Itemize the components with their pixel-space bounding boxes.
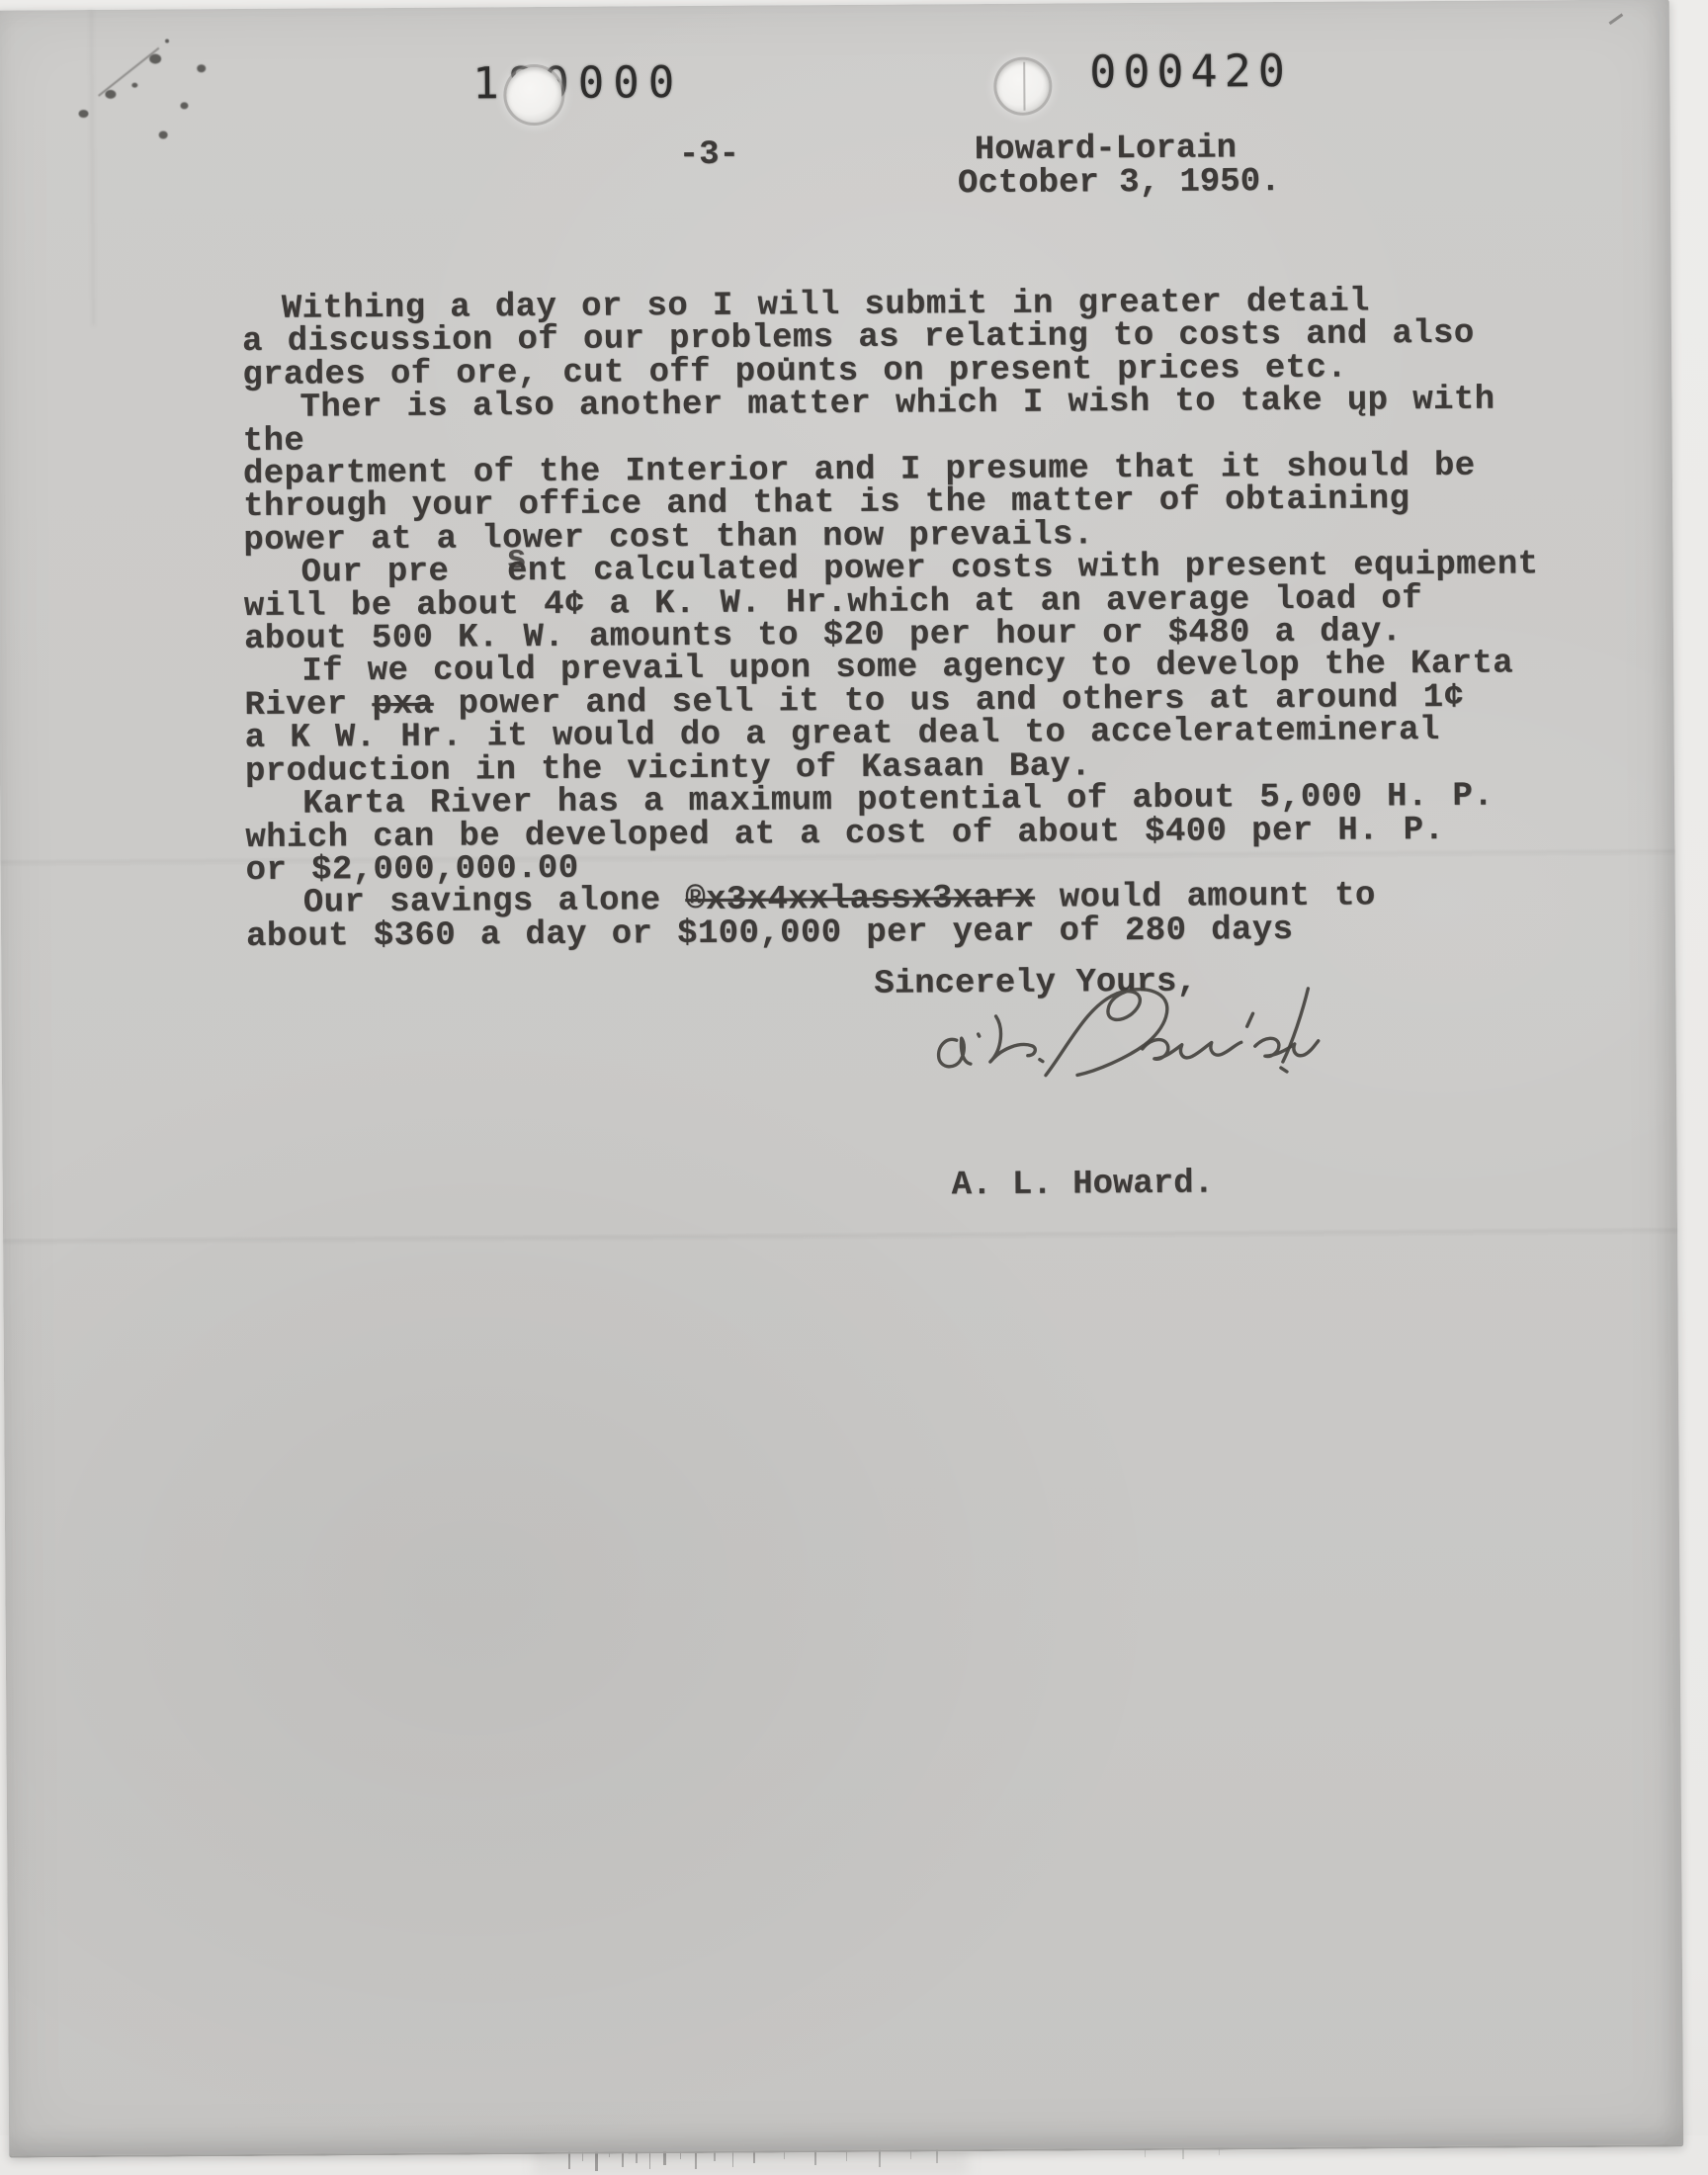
punch-hole-right <box>996 60 1049 113</box>
ink-mark <box>1609 13 1624 25</box>
letter-header: Howard-Lorain October 3, 1950. <box>958 131 1281 201</box>
ink-scratch <box>98 47 159 97</box>
paragraph-6: Our savings alone ®x3x4xxlassx3xarx woul… <box>246 879 1580 954</box>
ink-speck <box>180 102 188 109</box>
paragraph-2: Ther is also another matter which I wish… <box>242 384 1578 558</box>
paragraph-3: Our present calculated power costs with … <box>243 549 1579 656</box>
ink-speck <box>165 39 169 43</box>
stamp-number-left: 180000 <box>472 57 683 109</box>
ink-speck <box>78 110 88 118</box>
paper-crease <box>3 1228 1677 1246</box>
ink-speck <box>159 130 168 138</box>
handwritten-signature <box>928 987 1324 1085</box>
stamp-number-right: 000420 <box>1089 44 1292 98</box>
paragraph-5: Karta River has a maximum potential of a… <box>245 780 1580 888</box>
header-date: October 3, 1950. <box>958 165 1281 201</box>
paragraph-1: Withing a day or so I will submit in gre… <box>242 285 1578 392</box>
typed-signature-name: A. L. Howard. <box>952 1165 1214 1204</box>
ink-speck <box>131 83 137 88</box>
overstruck-raised-letter: s <box>449 544 527 577</box>
ink-speck <box>197 64 206 72</box>
ink-speck <box>105 90 116 99</box>
paragraph-4: If we could prevail upon some agency to … <box>244 648 1580 789</box>
header-recipient: Howard-Lorain <box>975 131 1281 167</box>
letter-body: Withing a day or so I will submit in gre… <box>242 285 1580 954</box>
paper-fold-line <box>90 10 95 326</box>
punch-hole-left <box>506 67 561 123</box>
paper-sheet: 180000 000420 -3- Howard-Lorain October … <box>0 0 1683 2158</box>
page-number: -3- <box>679 136 739 174</box>
scanned-letter-page: 180000 000420 -3- Howard-Lorain October … <box>0 0 1708 2175</box>
